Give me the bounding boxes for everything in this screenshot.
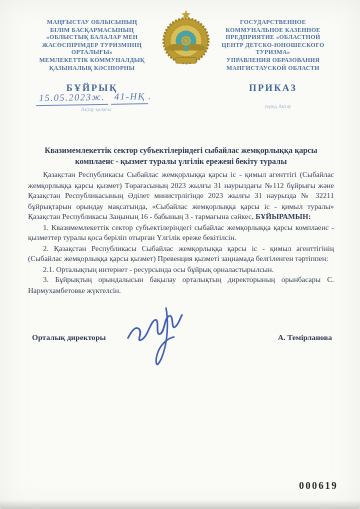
handwritten-number: 41-НҚ [111, 92, 148, 105]
handwritten-tail: . [148, 92, 152, 102]
scan-bottom-shadow [0, 500, 360, 509]
signer-name: А. Темірланова [278, 333, 332, 342]
org-line: ОРТАЛЫҒЫ» [26, 50, 158, 58]
place-label-russian: город Актау [238, 104, 318, 110]
org-line: ЖАСӨСПІРІМДЕР ТУРИЗМІНІҢ [26, 43, 158, 51]
handwritten-date: 15.05.2023ж. [36, 93, 108, 106]
org-line: МАНГИСТАУСКОЙ ОБЛАСТИ [208, 66, 338, 74]
document-title: Квазимемлекеттік сектор субъектілеріндег… [30, 146, 332, 167]
org-line: БІЛІМ БАСҚАРМАСЫНЫҢ [26, 28, 158, 36]
document-body: Қазақстан Республикасы Сыбайлас жемқорлы… [28, 170, 334, 297]
org-line: УПРАВЛЕНИЯ ОБРАЗОВАНИЯ [208, 58, 338, 66]
paragraph-preamble: Қазақстан Республикасы Сыбайлас жемқорлы… [28, 170, 334, 223]
org-line: МАҢҒЫСТАУ ОБЛЫСЫНЫҢ [26, 20, 158, 28]
org-line: ГОСУДАРСТВЕННОЕ [208, 20, 338, 28]
paragraph-item-2-1: 2.1. Орталықтың интернет - ресурсында ос… [28, 265, 334, 276]
org-name-kazakh: МАҢҒЫСТАУ ОБЛЫСЫНЫҢ БІЛІМ БАСҚАРМАСЫНЫҢ … [26, 20, 158, 73]
place-label-kazakh: Ақтау қаласы [36, 107, 156, 113]
org-line: ЦЕНТР ДЕТСКО-ЮНОШЕСКОГО [208, 43, 338, 51]
signature-block: Орталық директоры А. Темірланова [32, 330, 332, 350]
kazakhstan-emblem-icon [158, 8, 214, 68]
order-heading-russian: ПРИКАЗ [208, 84, 338, 94]
org-line: ТУРИЗМА» [208, 50, 338, 58]
signer-position: Орталық директоры [32, 333, 106, 342]
paragraph-item-1: 1. Квазимемлекеттік сектор субъектілерін… [28, 223, 334, 244]
org-line: ҚАЗЫНАЛЫҚ КӘСІПОРНЫ [26, 66, 158, 74]
form-number: 000619 [299, 481, 338, 492]
paragraph-item-3: 3. Бұйрықтың орындалысын бақылау орталық… [28, 275, 334, 296]
org-name-russian: ГОСУДАРСТВЕННОЕ КОММУНАЛЬНОЕ КАЗЕННОЕ ПР… [208, 20, 338, 73]
org-line: МЕМЛЕКЕТТІК КОММУНАЛДЫҚ [26, 58, 158, 66]
paragraph-item-2: 2. Қазақстан Республикасы Сыбайлас жемқо… [28, 244, 334, 265]
org-line: «ОБЛЫСТЫҚ БАЛАЛАР МЕН [26, 35, 158, 43]
org-line: ПРЕДПРИЯТИЕ «ОБЛАСТНОЙ [208, 35, 338, 43]
preamble-order-word: БҰЙЫРАМЫН: [255, 212, 310, 221]
scanned-order-document: МАҢҒЫСТАУ ОБЛЫСЫНЫҢ БІЛІМ БАСҚАРМАСЫНЫҢ … [0, 0, 360, 509]
handwritten-date-number: 15.05.2023ж. 41-НҚ. [36, 92, 166, 104]
